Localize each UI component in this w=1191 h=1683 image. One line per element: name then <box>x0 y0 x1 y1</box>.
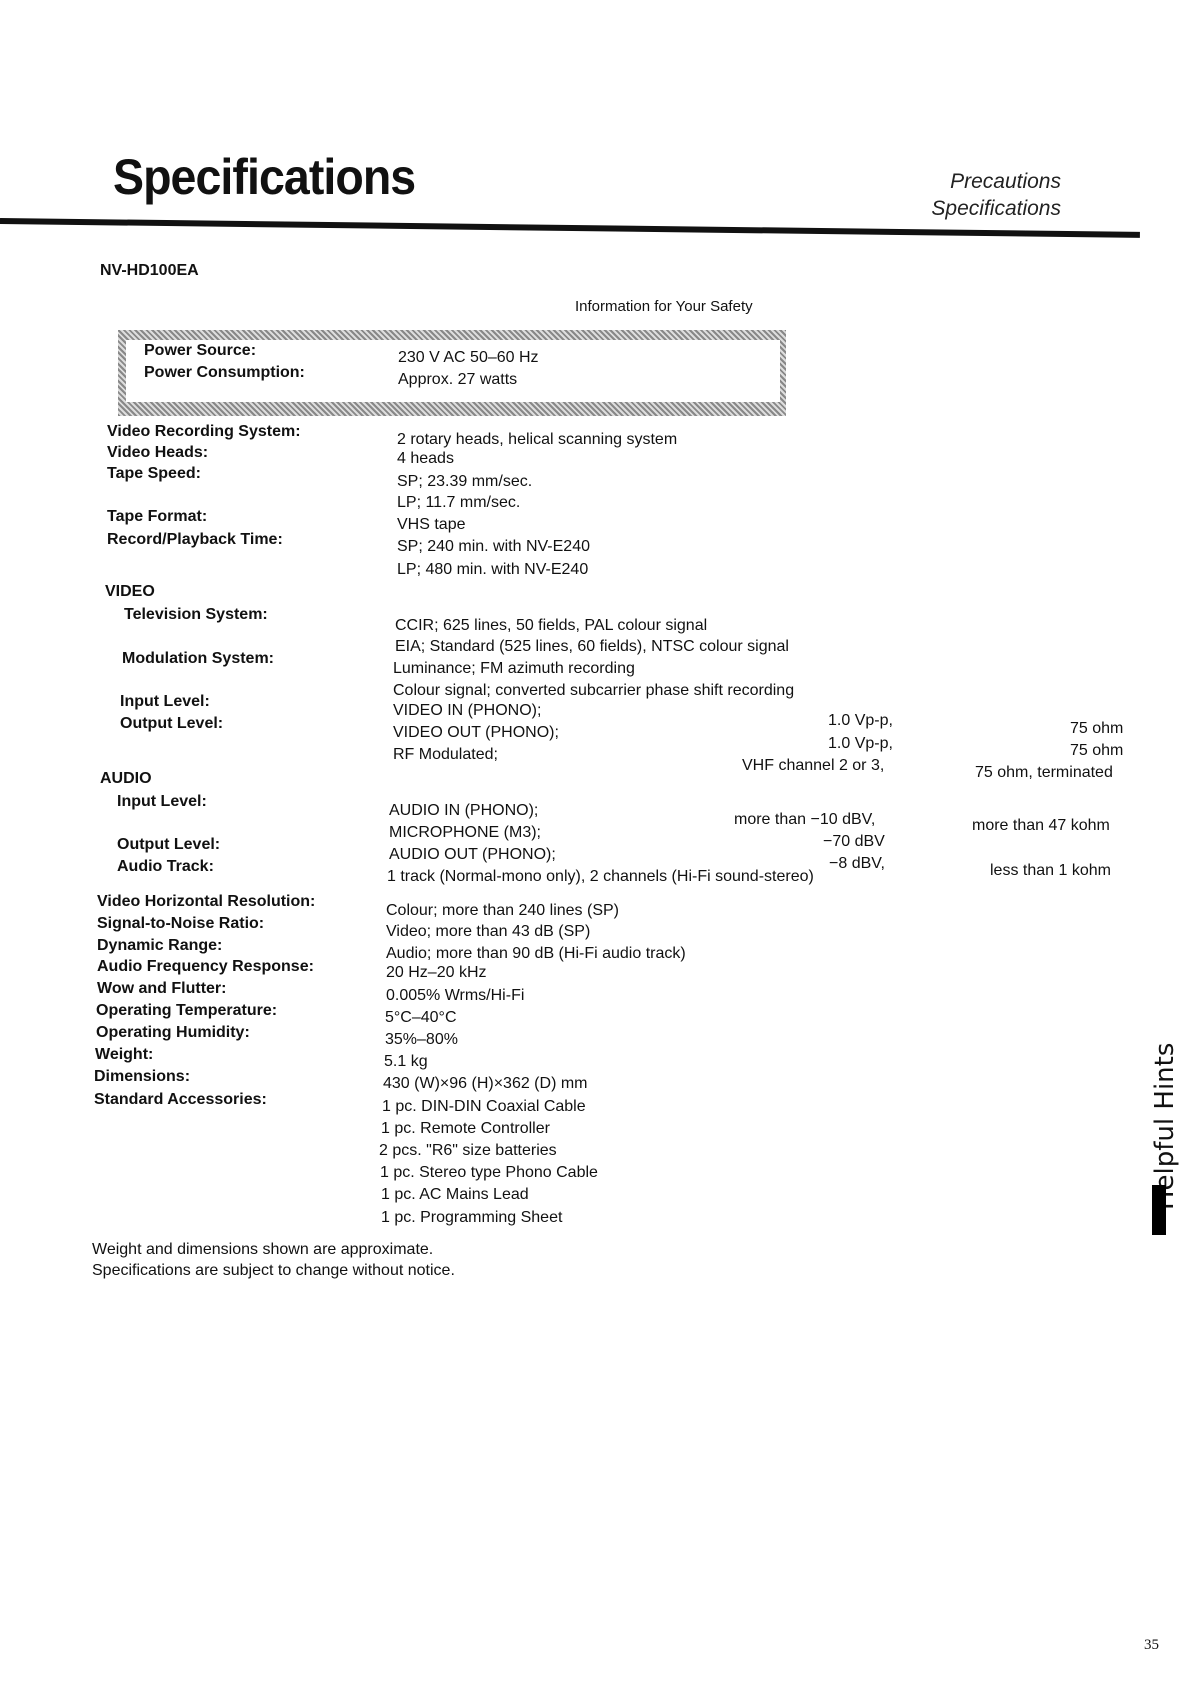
spec-label: Operating Temperature: <box>96 1002 277 1020</box>
input-level-label: Input Level: <box>120 693 210 711</box>
spec-value: Colour; more than 240 lines (SP) <box>386 902 619 920</box>
spec-value: SP; 23.39 mm/sec. <box>397 473 532 491</box>
video-heading: VIDEO <box>105 583 155 601</box>
spec-value: 35%–80% <box>385 1031 458 1049</box>
spec-value: 20 Hz–20 kHz <box>386 964 487 982</box>
side-tab: Helpful Hints <box>1150 1000 1180 1240</box>
spec-port: RF Modulated; <box>393 746 498 764</box>
breadcrumb-precautions: Precautions <box>950 170 1061 194</box>
spec-label: Signal-to-Noise Ratio: <box>97 915 264 933</box>
spec-value: 5.1 kg <box>384 1053 428 1071</box>
spec-port: VIDEO IN (PHONO); <box>393 702 541 720</box>
power-source-label: Power Source: <box>144 342 256 360</box>
power-consumption-value: Approx. 27 watts <box>398 371 517 389</box>
side-tab-marker <box>1152 1185 1166 1235</box>
spec-label: Audio Frequency Response: <box>97 958 314 976</box>
spec-impedance: more than 47 kohm <box>972 817 1110 835</box>
spec-impedance: less than 1 kohm <box>990 862 1111 880</box>
spec-label: Operating Humidity: <box>96 1024 250 1042</box>
spec-label: Dimensions: <box>94 1068 190 1086</box>
audio-input-level-label: Input Level: <box>117 793 207 811</box>
spec-value: EIA; Standard (525 lines, 60 fields), NT… <box>395 638 789 656</box>
spec-value: LP; 11.7 mm/sec. <box>397 494 520 512</box>
power-source-value: 230 V AC 50–60 Hz <box>398 349 539 367</box>
spec-label: Tape Speed: <box>107 465 201 483</box>
spec-label: Tape Format: <box>107 508 207 526</box>
accessory-item: 1 pc. Remote Controller <box>381 1120 550 1138</box>
accessory-item: 1 pc. Programming Sheet <box>381 1209 562 1227</box>
spec-value: 0.005% Wrms/Hi-Fi <box>386 987 524 1005</box>
spec-value: VHS tape <box>397 516 465 534</box>
spec-port: VIDEO OUT (PHONO); <box>393 724 559 742</box>
spec-level: VHF channel 2 or 3, <box>742 757 884 775</box>
output-level-label: Output Level: <box>120 715 223 733</box>
spec-level: −70 dBV <box>823 833 885 851</box>
accessory-item: 2 pcs. "R6" size batteries <box>379 1142 557 1160</box>
accessory-item: 1 pc. Stereo type Phono Cable <box>380 1164 598 1182</box>
spec-level: more than −10 dBV, <box>734 811 875 829</box>
spec-value: LP; 480 min. with NV-E240 <box>397 561 588 579</box>
spec-value: 1 track (Normal-mono only), 2 channels (… <box>387 868 814 886</box>
modulation-system-label: Modulation System: <box>122 650 274 668</box>
spec-port: MICROPHONE (M3); <box>389 824 541 842</box>
audio-heading: AUDIO <box>100 770 152 788</box>
spec-label: Weight: <box>95 1046 153 1064</box>
spec-value: 430 (W)×96 (H)×362 (D) mm <box>383 1075 588 1093</box>
note-change: Specifications are subject to change wit… <box>92 1262 455 1280</box>
spec-value: Luminance; FM azimuth recording <box>393 660 635 678</box>
audio-output-level-label: Output Level: <box>117 836 220 854</box>
spec-impedance: 75 ohm <box>1070 742 1123 760</box>
power-consumption-label: Power Consumption: <box>144 364 305 382</box>
breadcrumb-specifications: Specifications <box>931 197 1061 221</box>
safety-label: Information for Your Safety <box>575 298 753 315</box>
television-system-label: Television System: <box>124 606 268 624</box>
spec-label: Video Heads: <box>107 444 208 462</box>
spec-value: Colour signal; converted subcarrier phas… <box>393 682 794 700</box>
spec-label: Standard Accessories: <box>94 1091 267 1109</box>
spec-value: SP; 240 min. with NV-E240 <box>397 538 590 556</box>
spec-level: 1.0 Vp-p, <box>828 712 893 730</box>
spec-level: 1.0 Vp-p, <box>828 735 893 753</box>
spec-value: CCIR; 625 lines, 50 fields, PAL colour s… <box>395 617 707 635</box>
spec-label: Video Horizontal Resolution: <box>97 893 315 911</box>
spec-value: 5°C–40°C <box>385 1009 457 1027</box>
note-weight: Weight and dimensions shown are approxim… <box>92 1241 433 1259</box>
spec-port: AUDIO OUT (PHONO); <box>389 846 556 864</box>
spec-value: 4 heads <box>397 450 454 468</box>
spec-level: −8 dBV, <box>829 855 885 873</box>
spec-impedance: 75 ohm <box>1070 720 1123 738</box>
audio-track-label: Audio Track: <box>117 858 214 876</box>
spec-label: Record/Playback Time: <box>107 531 283 549</box>
page-number: 35 <box>1144 1637 1159 1654</box>
spec-port: AUDIO IN (PHONO); <box>389 802 538 820</box>
spec-value: 2 rotary heads, helical scanning system <box>397 431 677 449</box>
spec-value: Video; more than 43 dB (SP) <box>386 923 590 941</box>
page-title: Specifications <box>113 148 415 206</box>
spec-value: Audio; more than 90 dB (Hi-Fi audio trac… <box>386 945 686 963</box>
spec-impedance: 75 ohm, terminated <box>975 764 1113 782</box>
spec-label: Dynamic Range: <box>97 937 222 955</box>
model-number: NV-HD100EA <box>100 262 199 280</box>
accessory-item: 1 pc. AC Mains Lead <box>381 1186 529 1204</box>
spec-label: Video Recording System: <box>107 423 301 441</box>
spec-value: 1 pc. DIN-DIN Coaxial Cable <box>382 1098 586 1116</box>
spec-label: Wow and Flutter: <box>97 980 226 998</box>
